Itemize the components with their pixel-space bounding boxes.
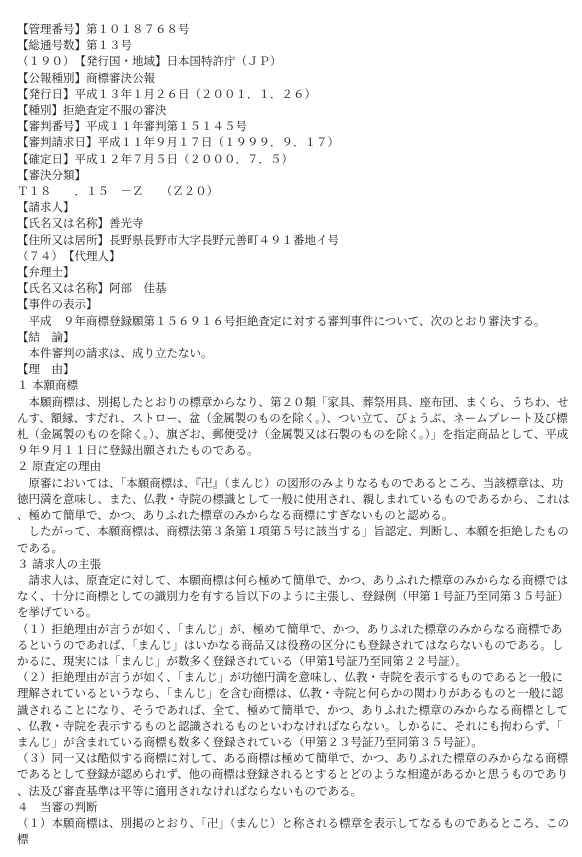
document-line: 【総通号数】第１３号 — [17, 37, 571, 53]
document-line: 平成 ９年商標登録願第１５６９１６号拒絶査定に対する審判事件について、次のとおり… — [17, 313, 571, 329]
document-line: 【管理番号】第１０１８７６８号 — [17, 21, 571, 37]
document-line: 【発行日】平成１３年１月２６日（２００１．１．２６） — [17, 86, 571, 102]
document-line: 請求人は、原査定に対して、本願商標は何ら極めて簡単で、かつ、ありふれた標章のみか… — [17, 572, 571, 621]
document-line: 【確定日】平成１２年７月５日（２０００．７．５） — [17, 151, 571, 167]
document-line: （３）同一又は酷似する商標に対して、ある商標は極めて簡単で、かつ、ありふれた標章… — [17, 750, 571, 799]
document-line: 【理 由】 — [17, 361, 571, 377]
document-line: 【請求人】 — [17, 199, 571, 215]
document-line: ２ 原査定の理由 — [17, 458, 571, 474]
document-line: １ 本願商標 — [17, 377, 571, 393]
document-line: 本件審判の請求は、成り立たない。 — [17, 345, 571, 361]
document-line: （２）拒絶理由が言うが如く、「まんじ」が功徳円満を意味し、仏教・寺院を表示するも… — [17, 669, 571, 750]
document-line: 【弁理士】 — [17, 264, 571, 280]
document-line: 【事件の表示】 — [17, 296, 571, 312]
document-line: したがって、本願商標は、商標法第３条第１項第５号に該当する」旨認定、判断し、本願… — [17, 523, 571, 555]
document-line: 【審判請求日】平成１１年９月１７日（１９９９．９．１７） — [17, 134, 571, 150]
document-line: ３ 請求人の主張 — [17, 556, 571, 572]
document-line: 【結 論】 — [17, 329, 571, 345]
document-line: 原審においては、「本願商標は、『卍』（まんじ）の図形のみよりなるものであるところ… — [17, 475, 571, 524]
document-line: 【氏名又は名称】阿部 佳基 — [17, 280, 571, 296]
document-line: 【住所又は居所】長野県長野市大字長野元善町４９１番地イ号 — [17, 232, 571, 248]
document-body: 【管理番号】第１０１８７６８号【総通号数】第１３号（１９０） 【発行国・地域】日… — [17, 21, 571, 847]
document-line: Ｔ１８ ．１５ －Ｚ （Ｚ２０） — [17, 183, 571, 199]
document-line: （１９０） 【発行国・地域】日本国特許庁（ＪＰ） — [17, 53, 571, 69]
document-line: 【種別】拒絶査定不服の審決 — [17, 102, 571, 118]
document-line: （７４） 【代理人】 — [17, 248, 571, 264]
document-line: 本願商標は、別掲したとおりの標章からなり、第２０類「家具、葬祭用具、座布団、まく… — [17, 394, 571, 459]
document-line: （１）本願商標は、別掲のとおり、「卍」（まんじ）と称される標章を表示してなるもの… — [17, 815, 571, 847]
gazette-page: 【管理番号】第１０１８７６８号【総通号数】第１３号（１９０） 【発行国・地域】日… — [0, 0, 582, 857]
document-line: （１）拒絶理由が言うが如く、「まんじ」が、極めて簡単で、かつ、ありふれた標章のみ… — [17, 621, 571, 670]
document-line: 【公報種別】商標審決公報 — [17, 70, 571, 86]
document-line: 【氏名又は名称】善光寺 — [17, 215, 571, 231]
document-line: ４ 当審の判断 — [17, 799, 571, 815]
document-line: 【審判番号】平成１１年審判第１５１４５号 — [17, 118, 571, 134]
document-line: 【審決分類】 — [17, 167, 571, 183]
